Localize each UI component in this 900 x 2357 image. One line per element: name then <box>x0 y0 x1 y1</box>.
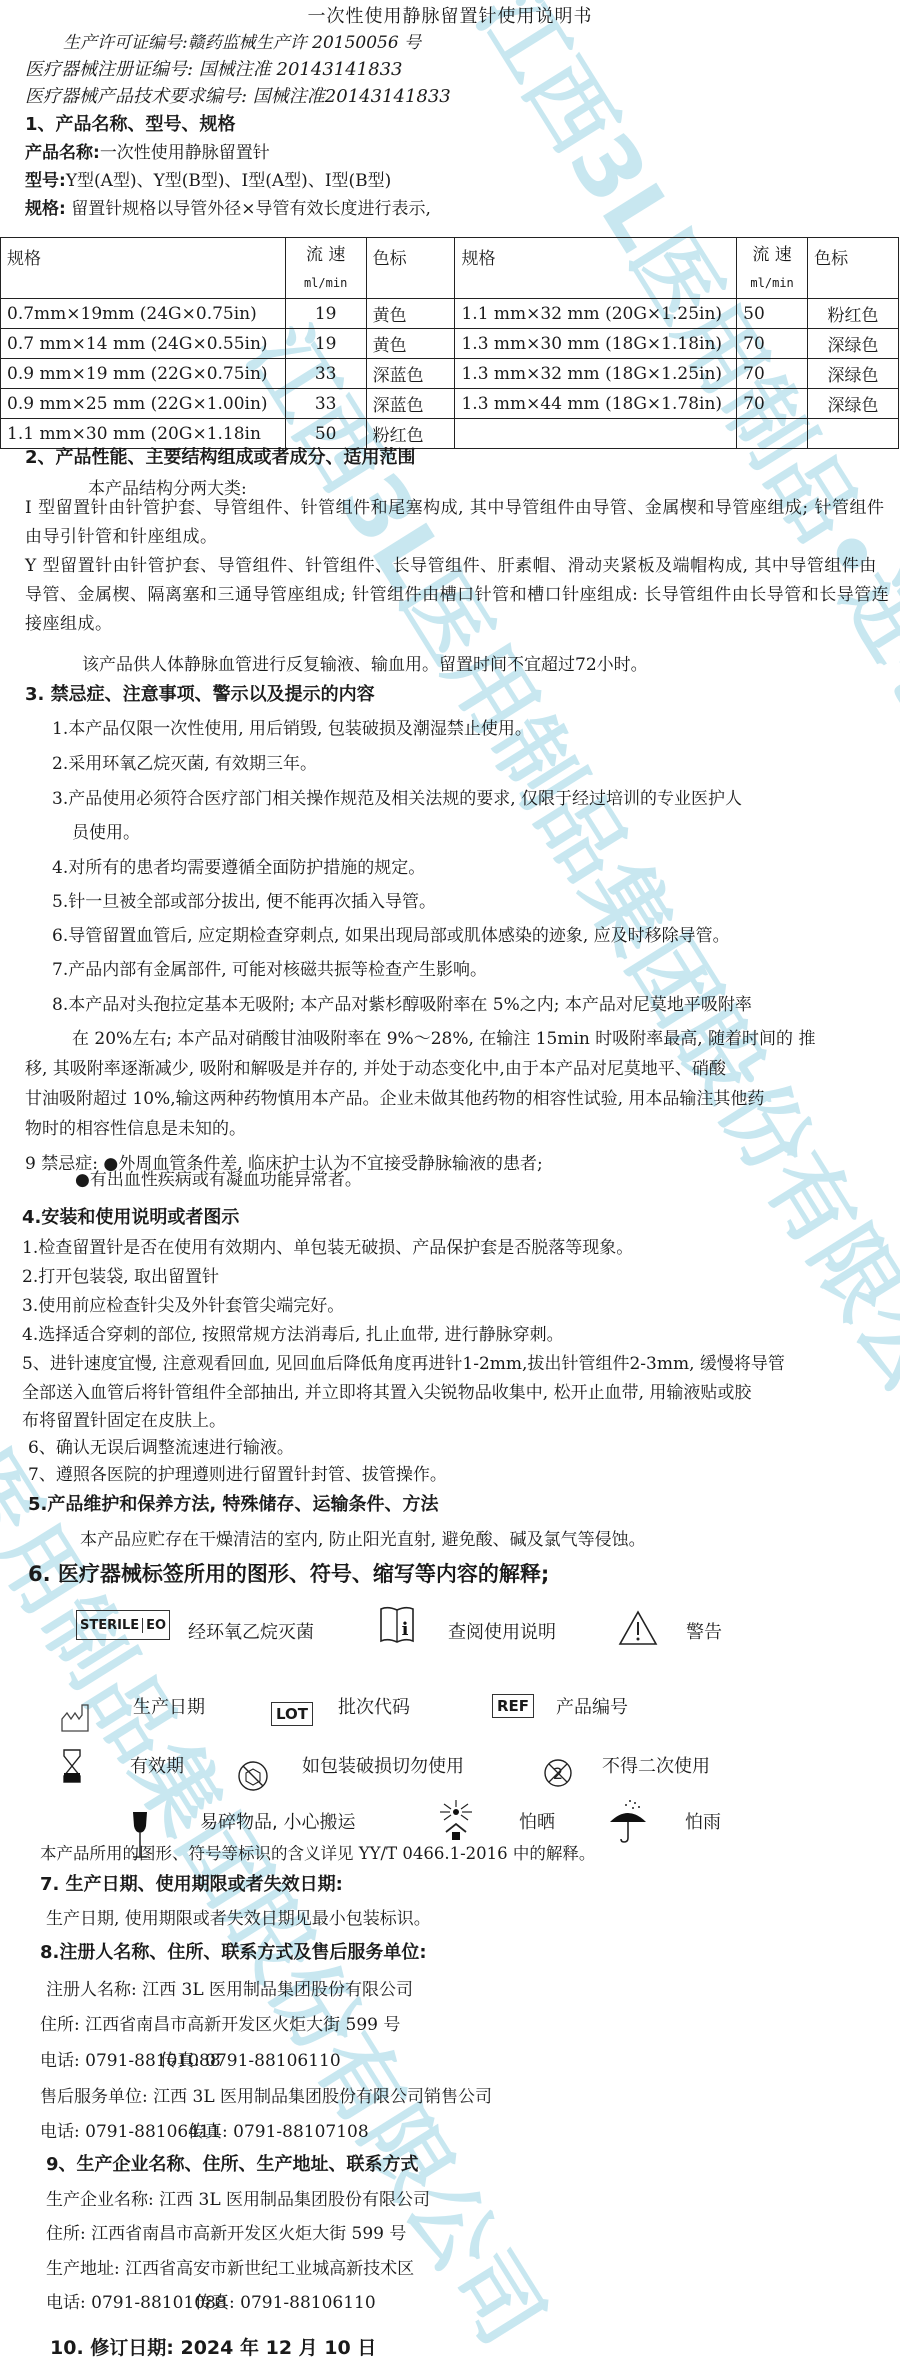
header-flow-label: 流 速 <box>306 245 345 265</box>
precaution-item: 5.针一旦被全部或部分拔出, 便不能再次插入导管。 <box>52 887 436 912</box>
manufacturer-address: 住所: 江西省南昌市高新开发区火炬大街 599 号 <box>46 2219 406 2244</box>
symbol-label: 怕晒 <box>519 1808 555 1834</box>
precaution-item: 8.本产品对头孢拉定基本无吸附; 本产品对紫杉醇吸附率在 5%之内; 本产品对尼… <box>52 990 752 1015</box>
cell-spec: 0.7mm×19mm (24G×0.75in) <box>1 299 286 329</box>
manufacture-date-icon <box>60 1703 92 1737</box>
precaution-item: 7.产品内部有金属部件, 可能对核磁共振等检查产生影响。 <box>52 955 487 980</box>
keep-dry-umbrella-icon <box>608 1798 648 1850</box>
usage-step: 1.检查留置针是否在使用有效期内、单包装无破损、产品保护套是否脱落等现象。 <box>22 1233 633 1258</box>
usage-step: 2.打开包装袋, 取出留置针 <box>22 1262 219 1287</box>
document-title: 一次性使用静脉留置针使用说明书 <box>0 2 900 28</box>
section5-heading: 5.产品维护和保养方法, 特殊储存、运输条件、方法 <box>28 1490 438 1516</box>
usage-description: 该产品供人体静脉血管进行反复输液、输血用。留置时间不宜超过72小时。 <box>82 650 648 675</box>
section1-heading: 1、产品名称、型号、规格 <box>25 110 236 136</box>
usage-step: 3.使用前应检查针尖及外针套管尖端完好。 <box>22 1291 344 1316</box>
cell-spec: 0.9 mm×25 mm (22G×1.00in) <box>1 389 286 419</box>
cell-flow: 70 <box>737 329 808 359</box>
contraindication-item: ●有出血性疾病或有凝血功能异常者。 <box>75 1165 362 1190</box>
precaution-item: 2.采用环氧乙烷灭菌, 有效期三年。 <box>52 749 317 774</box>
symbol-label: 产品编号 <box>556 1693 628 1719</box>
symbol-label: 不得二次使用 <box>602 1752 710 1778</box>
spec-line: 规格: 留置针规格以导管外径×导管有效长度进行表示, <box>25 194 431 219</box>
production-address: 生产地址: 江西省高安市新世纪工业城高新技术区 <box>46 2254 414 2279</box>
expiry-hourglass-icon <box>62 1748 82 1788</box>
spec-description: 留置针规格以导管外径×导管有效长度进行表示, <box>71 199 431 219</box>
symbol-label: 批次代码 <box>338 1693 410 1719</box>
product-name-label: 产品名称: <box>25 143 100 163</box>
header-spec: 规格 <box>1 238 286 299</box>
precaution-item: 3.产品使用必须符合医疗部门相关操作规范及相关法规的要求, 仅限于经过培训的专业… <box>52 784 742 809</box>
usage-step: 6、确认无误后调整流速进行输液。 <box>28 1433 294 1458</box>
section7-heading: 7. 生产日期、使用期限或者失效日期: <box>40 1870 343 1896</box>
model-line: 型号:Y型(A型)、Y型(B型)、I型(A型)、I型(B型) <box>25 166 391 191</box>
svg-text:i: i <box>402 1619 409 1640</box>
precaution-item: 4.对所有的患者均需要遵循全面防护措施的规定。 <box>52 853 425 878</box>
cell-spec: 0.9 mm×19 mm (22G×0.75in) <box>1 359 286 389</box>
model-label: 型号: <box>25 171 66 191</box>
header-flow-unit: ml/min <box>743 272 801 294</box>
type-y-description: Y 型留置针由针管护套、导管组件、针管组件、长导管组件、肝素帽、滑动夹紧板及端帽… <box>25 552 890 639</box>
registrant-address: 住所: 江西省南昌市高新开发区火炬大街 599 号 <box>40 2010 400 2035</box>
type-i-description: I 型留置针由针管护套、导管组件、针管组件和尾塞构成, 其中导管组件由导管、金属… <box>25 494 890 552</box>
symbol-label: 如包装破损切勿使用 <box>302 1752 464 1778</box>
cell-color: 深蓝色 <box>366 359 455 389</box>
symbol-label: 经环氧乙烷灭菌 <box>188 1618 314 1644</box>
cell-color: 深绿色 <box>808 359 899 389</box>
cell-color: 黄色 <box>366 329 455 359</box>
cell-flow: 70 <box>737 359 808 389</box>
cell-flow: 33 <box>285 389 366 419</box>
header-flow: 流 速ml/min <box>737 238 808 299</box>
spec-label: 规格: <box>25 199 66 219</box>
cell-spec: 1.3 mm×30 mm (18G×1.18in) <box>455 329 737 359</box>
section2-heading: 2、产品性能、主要结构组成或者成分、适用范围 <box>25 443 416 469</box>
cell-color: 深绿色 <box>808 389 899 419</box>
cell-flow: 50 <box>737 299 808 329</box>
service-unit: 售后服务单位: 江西 3L 医用制品集团股份有限公司销售公司 <box>40 2082 492 2107</box>
header-color: 色标 <box>808 238 899 299</box>
cell-color: 粉红色 <box>808 299 899 329</box>
damaged-package-icon <box>237 1760 269 1796</box>
date-description: 生产日期, 使用期限或者失效日期见最小包装标识。 <box>46 1904 431 1929</box>
section4-heading: 4.安装和使用说明或者图示 <box>22 1203 239 1229</box>
symbol-label: 查阅使用说明 <box>448 1618 556 1644</box>
cell-spec: 1.3 mm×32 mm (18G×1.25in) <box>455 359 737 389</box>
usage-step: 7、遵照各医院的护理遵则进行留置针封管、拔管操作。 <box>28 1460 447 1485</box>
precaution-item8-continued: 甘油吸附超过 10%,输这两种药物慎用本产品。企业未做其他药物的相容性试验, 用… <box>25 1084 764 1109</box>
section8-heading: 8.注册人名称、住所、联系方式及售后服务单位: <box>40 1938 427 1964</box>
single-use-icon: 2 <box>543 1758 573 1792</box>
precaution-item: 6.导管留置血管后, 应定期检查穿刺点, 如果出现局部或肌体感染的迹象, 应及时… <box>52 921 730 946</box>
table-header-row: 规格 流 速ml/min 色标 规格 流 速ml/min 色标 <box>1 238 899 299</box>
cell-color: 黄色 <box>366 299 455 329</box>
cell-flow <box>737 419 808 449</box>
ref-icon: REF <box>492 1694 534 1718</box>
usage-step: 4.选择适合穿刺的部位, 按照常规方法消毒后, 扎止血带, 进行静脉穿刺。 <box>22 1320 564 1345</box>
models: Y型(A型)、Y型(B型)、I型(A型)、I型(B型) <box>66 171 391 191</box>
instruction-document: 一次性使用静脉留置针使用说明书 生产许可证编号:赣药监械生产许 20150056… <box>0 0 900 2357</box>
symbol-label: 生产日期 <box>133 1693 205 1719</box>
cell-spec: 0.7 mm×14 mm (24G×0.55in) <box>1 329 286 359</box>
cell-flow: 70 <box>737 389 808 419</box>
symbol-label: 易碎物品, 小心搬运 <box>200 1808 355 1834</box>
section9-heading: 9、生产企业名称、住所、生产地址、联系方式 <box>46 2150 419 2176</box>
header-spec: 规格 <box>455 238 737 299</box>
cell-spec: 1.3 mm×44 mm (18G×1.78in) <box>455 389 737 419</box>
cell-spec: 1.1 mm×32 mm (20G×1.25in) <box>455 299 737 329</box>
registrant-name: 注册人名称: 江西 3L 医用制品集团股份有限公司 <box>46 1975 413 2000</box>
product-name-line: 产品名称:一次性使用静脉留置针 <box>25 138 270 163</box>
table-row: 0.7 mm×14 mm (24G×0.55in) 19 黄色 1.3 mm×3… <box>1 329 899 359</box>
lot-icon: LOT <box>271 1702 313 1726</box>
revision-date: 10. 修订日期: 2024 年 12 月 10 日 <box>50 2333 376 2357</box>
consult-instructions-icon: i <box>380 1605 414 1649</box>
warning-icon <box>618 1610 658 1650</box>
cell-spec <box>455 419 737 449</box>
header-flow-unit: ml/min <box>292 272 360 294</box>
section3-heading: 3. 禁忌症、注意事项、警示以及提示的内容 <box>25 680 375 706</box>
usage-step: 5、进针速度宜慢, 注意观看回血, 见回血后降低角度再进针1-2mm,拔出针管组… <box>22 1349 785 1374</box>
registrant-fax: 传真: 0791-88106110 <box>160 2046 341 2071</box>
manufacturer-fax: 传真: 0791-88106110 <box>195 2288 376 2313</box>
tech-requirement-number: 医疗器械产品技术要求编号: 国械注准20143141833 <box>25 82 451 108</box>
cell-flow: 33 <box>285 359 366 389</box>
cell-color <box>808 419 899 449</box>
table-row: 0.7mm×19mm (24G×0.75in) 19 黄色 1.1 mm×32 … <box>1 299 899 329</box>
product-name: 一次性使用静脉留置针 <box>100 143 270 163</box>
symbol-label: 怕雨 <box>685 1808 721 1834</box>
registration-number: 医疗器械注册证编号: 国械注准 20143141833 <box>25 55 402 81</box>
symbol-standard-footnote: 本产品所用的图形、符号等标识的含义详见 YY/T 0466.1-2016 中的解… <box>40 1840 595 1864</box>
table-row: 0.9 mm×19 mm (22G×0.75in) 33 深蓝色 1.3 mm×… <box>1 359 899 389</box>
section6-heading: 6. 医疗器械标签所用的图形、符号、缩写等内容的解释; <box>28 1558 549 1588</box>
precaution-item: 员使用。 <box>72 818 140 843</box>
service-fax: 传真: 0791-88107108 <box>188 2117 369 2142</box>
cell-flow: 19 <box>285 329 366 359</box>
sterile-eo-icon: STERILEEO <box>76 1610 170 1640</box>
cell-color: 深蓝色 <box>366 389 455 419</box>
header-flow-label: 流 速 <box>752 245 791 265</box>
spec-table: 规格 流 速ml/min 色标 规格 流 速ml/min 色标 0.7mm×19… <box>0 237 899 449</box>
usage-step: 布将留置针固定在皮肤上。 <box>22 1406 226 1431</box>
manufacturer-name: 生产企业名称: 江西 3L 医用制品集团股份有限公司 <box>46 2185 430 2210</box>
table-row: 0.9 mm×25 mm (22G×1.00in) 33 深蓝色 1.3 mm×… <box>1 389 899 419</box>
precaution-item8-continued: 物时的相容性信息是未知的。 <box>25 1114 246 1139</box>
precaution-item8-continued: 移, 其吸附率逐渐减少, 吸附和解吸是并存的, 并处于动态变化中,由于本产品对尼… <box>25 1054 726 1079</box>
cell-color: 深绿色 <box>808 329 899 359</box>
header-flow: 流 速ml/min <box>285 238 366 299</box>
cell-flow: 19 <box>285 299 366 329</box>
header-color: 色标 <box>366 238 455 299</box>
symbol-label: 有效期 <box>130 1752 184 1778</box>
usage-step: 全部送入血管后将针管组件全部抽出, 并立即将其置入尖锐物品收集中, 松开止血带,… <box>22 1378 751 1403</box>
production-license: 生产许可证编号:赣药监械生产许 20150056 号 <box>63 28 421 53</box>
precaution-item8-continued: 在 20%左右; 本产品对硝酸甘油吸附率在 9%～28%, 在输注 15min … <box>72 1024 815 1049</box>
symbol-label: 警告 <box>686 1618 722 1644</box>
precaution-item: 1.本产品仅限一次性使用, 用后销毁, 包装破损及潮湿禁止使用。 <box>52 714 532 739</box>
storage-description: 本产品应贮存在干燥清洁的室内, 防止阳光直射, 避免酸、碱及氯气等侵蚀。 <box>80 1525 646 1550</box>
